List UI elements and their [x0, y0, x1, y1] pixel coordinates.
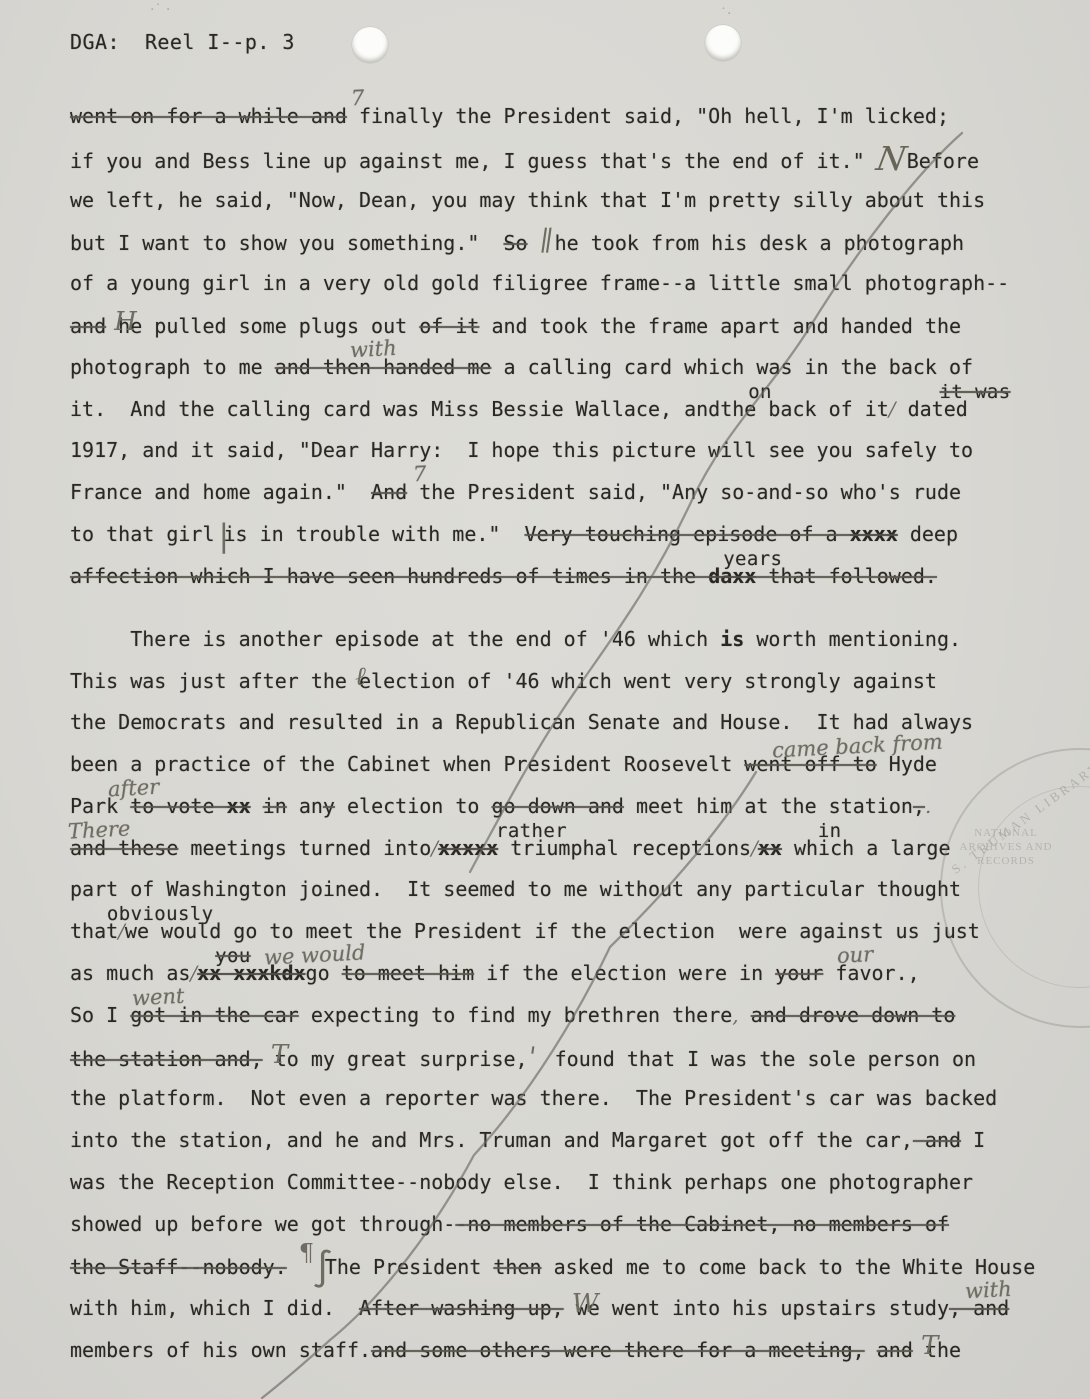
paragraph-gap	[70, 598, 1080, 619]
text-line: France and home again." And7 the Preside…	[70, 472, 1080, 514]
hole-punch-right	[705, 25, 741, 61]
stray-mark: ·˙ ·	[150, 2, 170, 18]
text-line: the platform. Not even a reporter was th…	[70, 1078, 1080, 1120]
text-line: of a young girl in a very old gold filig…	[70, 263, 1080, 305]
text-line: went on for a while and7 finally the Pre…	[70, 96, 1080, 138]
text-line: with him, which I did. After washing up,…	[70, 1287, 1080, 1329]
text-line: affection which I have seen hundreds of …	[70, 556, 1080, 598]
stamp-center-text: NATIONAL ARCHIVES AND RECORDS	[946, 826, 1066, 868]
text-line: as much as/you we wouldxx xxxkdxgo to me…	[70, 953, 1080, 995]
stray-mark: ˙·	[720, 6, 731, 22]
text-line: Park afterto vote xx in any election to …	[70, 786, 1080, 828]
text-line: the Staff--nobody. ¶∫The President then …	[70, 1246, 1080, 1288]
text-line: photograph to me withand then handed me …	[70, 347, 1080, 389]
text-line: 1917, and it said, "Dear Harry: I hope t…	[70, 430, 1080, 472]
stamp-line: RECORDS	[946, 854, 1066, 868]
text-line: into the station, and he and Mrs. Truman…	[70, 1120, 1080, 1162]
text-line: the station and, Tto my great surprise,'…	[70, 1037, 1080, 1079]
page-header: DGA: Reel I--p. 3	[70, 30, 295, 54]
stamp-line: NATIONAL	[946, 826, 1066, 840]
text-line: we left, he said, "Now, Dean, you may th…	[70, 180, 1080, 222]
text-line: to that girl|is in trouble with me." Ver…	[70, 514, 1080, 556]
text-line: So I wentgot in the car expecting to fin…	[70, 995, 1080, 1037]
text-line: was the Reception Committee--nobody else…	[70, 1162, 1080, 1204]
text-line: showed up before we got through--no memb…	[70, 1204, 1080, 1246]
hole-punch-left	[352, 27, 388, 63]
document-page: DGA: Reel I--p. 3 went on for a while an…	[0, 0, 1090, 1399]
text-line: been a practice of the Cabinet when Pres…	[70, 744, 1080, 786]
text-line: Thereand these meetings turned into/rath…	[70, 828, 1080, 870]
stamp-line: ARCHIVES AND	[946, 840, 1066, 854]
text-line: This was just after the ℓelection of '46…	[70, 660, 1080, 702]
text-line: members of his own staff.and some others…	[70, 1329, 1080, 1371]
text-line: and Hhe pulled some plugs out of it and …	[70, 305, 1080, 347]
text-line: There is another episode at the end of '…	[70, 619, 1080, 661]
text-line: it. And the calling card was Miss Bessie…	[70, 389, 1080, 431]
text-line: part of Washington joined. It seemed to …	[70, 869, 1080, 911]
text-line: if you and Bess line up against me, I gu…	[70, 138, 1080, 180]
text-line: but I want to show you something." So ∥h…	[70, 221, 1080, 263]
archive-stamp: S. TRUMAN LIBRARY NATIONAL ARCHIVES AND …	[940, 748, 1090, 1028]
typed-text-body: went on for a while and7 finally the Pre…	[70, 96, 1080, 1371]
